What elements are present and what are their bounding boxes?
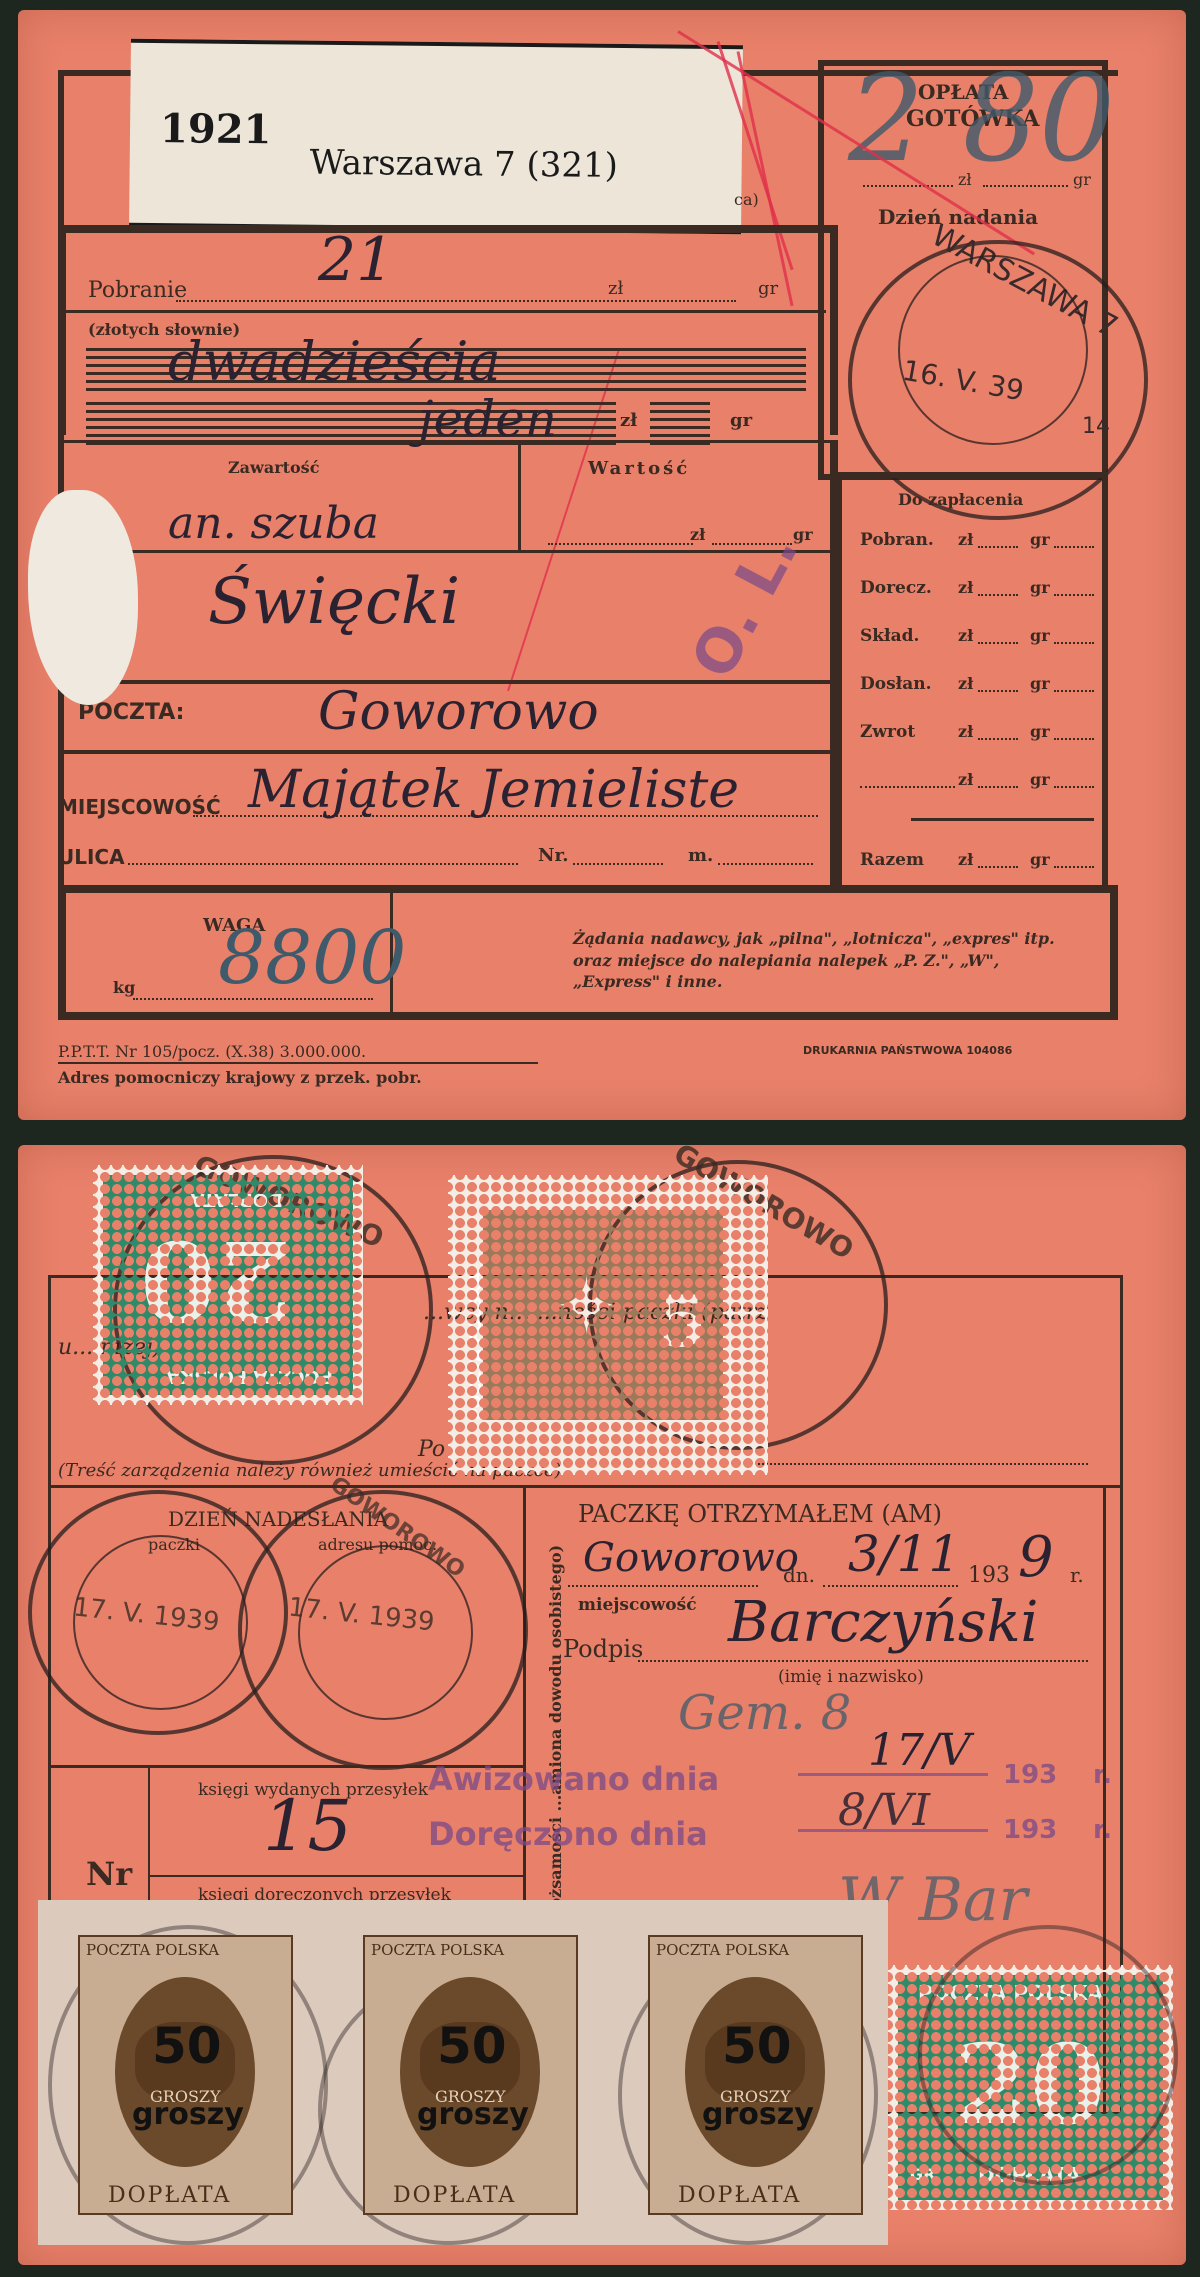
to-pay-row-dots bbox=[978, 594, 1018, 596]
to-pay-title: Do zapłacenia bbox=[898, 490, 1023, 509]
postmark-hour: 14 bbox=[1082, 414, 1110, 439]
locality-value: Majątek Jemieliste bbox=[248, 760, 739, 820]
to-pay-row-dots bbox=[1054, 738, 1094, 740]
cod-zl: zł bbox=[608, 278, 623, 299]
signature: Barczyński bbox=[728, 1590, 1038, 1655]
delivered-date: 8/VI bbox=[838, 1785, 930, 1836]
cod-gr: gr bbox=[758, 278, 778, 299]
to-pay-row-dots bbox=[978, 786, 1018, 788]
po-label: Po bbox=[418, 1437, 445, 1462]
to-pay-row-label: Skład. bbox=[860, 626, 919, 646]
weight-value: 8800 bbox=[218, 915, 406, 1001]
receipt-title: PACZKĘ OTRZYMAŁEM (AM) bbox=[578, 1500, 942, 1528]
stamp-type: DOPŁATA bbox=[191, 1189, 283, 1210]
stamp-country: POCZTA POLSKA bbox=[656, 1941, 789, 1959]
to-pay-row-dots bbox=[1054, 690, 1094, 692]
cod-words-1: dwadzieścia bbox=[168, 330, 501, 393]
sender-requests: Żądania nadawcy, jak „pilna", „lotnicza"… bbox=[573, 928, 1063, 993]
cod-zl2: zł bbox=[620, 410, 637, 431]
stamp-overprint: groszy bbox=[132, 2097, 244, 2132]
stamp-value: 50 bbox=[722, 2017, 792, 2075]
cod-amount: 21 bbox=[318, 225, 394, 295]
to-pay-row-dots bbox=[1054, 642, 1094, 644]
receipt-dn: dn. bbox=[783, 1563, 815, 1587]
stamp-type: DOPŁATA bbox=[393, 2183, 516, 2208]
fee-handwritten: 2 80 bbox=[848, 50, 1115, 189]
to-pay-row-gr: gr bbox=[1030, 578, 1050, 597]
parcel-card-front: 1921 Warszawa 7 (321) ca) OPŁATA GOTÓWKA… bbox=[18, 10, 1186, 1120]
register-nr: Nr bbox=[86, 1855, 132, 1893]
delivered-year: 193 bbox=[1003, 1815, 1057, 1845]
stamp-overprint: groszy bbox=[702, 2097, 814, 2132]
to-pay-row-gr: gr bbox=[1030, 674, 1050, 693]
stamp-value: 50 bbox=[152, 2017, 222, 2075]
stamp-type: DOPŁATA bbox=[678, 2183, 801, 2208]
value-zl: zł bbox=[690, 525, 705, 544]
torn-patch bbox=[28, 490, 138, 705]
parcel-card-back: ...wcy n... ...ności paczki (patrz u... … bbox=[18, 1145, 1186, 2265]
to-pay-row-dots bbox=[1054, 594, 1094, 596]
to-pay-row-zl: zł bbox=[958, 578, 973, 597]
stamp-country: POCZTA POLSKA bbox=[166, 1366, 333, 1387]
stamp-type: DOPŁATA bbox=[108, 2183, 231, 2208]
stamp-unit: GR bbox=[910, 2165, 935, 2184]
receipt-place: Goworowo bbox=[583, 1535, 799, 1581]
stamp-country: POCZTA POLSKA bbox=[86, 1941, 219, 1959]
total-gr: gr bbox=[1030, 850, 1050, 869]
stamp-value: 50 bbox=[437, 2017, 507, 2075]
eagle-icon: ✦ bbox=[553, 1260, 620, 1353]
issued-number: 15 bbox=[263, 1785, 352, 1867]
to-pay-row-dots bbox=[1054, 786, 1094, 788]
post-value: Goworowo bbox=[318, 682, 599, 742]
note-handwritten: Gem. 8 bbox=[678, 1685, 851, 1741]
label-office: Warszawa 7 (321) bbox=[310, 143, 619, 186]
label-suffix: ca) bbox=[734, 190, 759, 209]
to-pay-row-gr: gr bbox=[1030, 626, 1050, 645]
to-pay-row-label: Pobran. bbox=[860, 530, 934, 550]
stamp-overprint: groszy bbox=[417, 2097, 529, 2132]
place-label: miejscowość bbox=[578, 1595, 697, 1615]
value-gr: gr bbox=[793, 525, 813, 544]
total-label: Razem bbox=[860, 850, 924, 870]
receipt-r: r. bbox=[1070, 1563, 1084, 1587]
to-pay-row-label: Zwrot bbox=[860, 722, 915, 742]
weight-unit: kg bbox=[113, 978, 135, 997]
stamp-50-groszy: POCZTA POLSKA 50 GROSZY groszy DOPŁATA bbox=[78, 1935, 293, 2215]
name-label: (imię i nazwisko) bbox=[778, 1667, 924, 1687]
to-pay-row-dots bbox=[1054, 546, 1094, 548]
to-pay-row-label: Dosłan. bbox=[860, 674, 932, 694]
cod-gr2: gr bbox=[730, 410, 752, 431]
total-zl: zł bbox=[958, 850, 973, 869]
stamp-20gr-inverted: POCZTA POLSKA 20 DOPŁATA bbox=[93, 1165, 363, 1405]
stamp-country: POCZTA POLSKA bbox=[466, 1272, 485, 1420]
addressee-name: Święcki bbox=[208, 565, 460, 639]
receipt-year-prefix: 193 bbox=[968, 1563, 1010, 1588]
value-label: Wartość bbox=[588, 458, 690, 479]
to-pay-row-gr: gr bbox=[1030, 770, 1050, 789]
to-pay-row-zl: zł bbox=[958, 530, 973, 549]
m-label: m. bbox=[688, 845, 713, 866]
street-label: ULICA bbox=[58, 845, 125, 869]
stamp-5gr: POCZTA POLSKA ✦ 5 bbox=[448, 1175, 768, 1475]
to-pay-row-dots bbox=[978, 642, 1018, 644]
stamp-country: POCZTA POLSKA bbox=[371, 1941, 504, 1959]
delivered-stamp-label: Doręczono dnia bbox=[428, 1815, 708, 1853]
label-number: 1921 bbox=[160, 105, 272, 153]
receipt-date: 3/11 bbox=[848, 1525, 960, 1583]
to-pay-row-zl: zł bbox=[958, 674, 973, 693]
cod-label: Pobranie bbox=[88, 278, 187, 303]
stamp-value: 5 bbox=[658, 1280, 707, 1363]
printer: DRUKARNIA PAŃSTWOWA 104086 bbox=[803, 1044, 1012, 1057]
to-pay-row-gr: gr bbox=[1030, 722, 1050, 741]
to-pay-row-zl: zł bbox=[958, 770, 973, 789]
stamp-value: 20 bbox=[140, 1216, 293, 1345]
to-pay-row-label: Dorecz. bbox=[860, 578, 932, 598]
form-number: P.P.T.T. Nr 105/pocz. (X.38) 3.000.000. bbox=[58, 1042, 366, 1061]
to-pay-row-zl: zł bbox=[958, 722, 973, 741]
notified-year: 193 bbox=[1003, 1760, 1057, 1790]
to-pay-row-dots bbox=[860, 786, 955, 788]
contents-value: an. szuba bbox=[168, 498, 379, 549]
to-pay-row-gr: gr bbox=[1030, 530, 1050, 549]
date2-handwritten: 17/V bbox=[868, 1725, 971, 1776]
to-pay-row-dots bbox=[978, 738, 1018, 740]
notified-label: Awizowano dnia bbox=[428, 1760, 719, 1798]
stamp-50-groszy: POCZTA POLSKA 50 GROSZY groszy DOPŁATA bbox=[363, 1935, 578, 2215]
to-pay-row-dots bbox=[978, 690, 1018, 692]
signature-label: Podpis bbox=[563, 1635, 643, 1663]
registration-label: 1921 Warszawa 7 (321) bbox=[129, 39, 743, 234]
stamp-50-groszy: POCZTA POLSKA 50 GROSZY groszy DOPŁATA bbox=[648, 1935, 863, 2215]
contents-label: Zawartość bbox=[228, 458, 319, 477]
form-title: Adres pomocniczy krajowy z przek. pobr. bbox=[58, 1068, 422, 1087]
to-pay-row-dots bbox=[978, 546, 1018, 548]
nr-label: Nr. bbox=[538, 845, 569, 866]
receipt-year: 9 bbox=[1018, 1525, 1054, 1590]
to-pay-row-zl: zł bbox=[958, 626, 973, 645]
